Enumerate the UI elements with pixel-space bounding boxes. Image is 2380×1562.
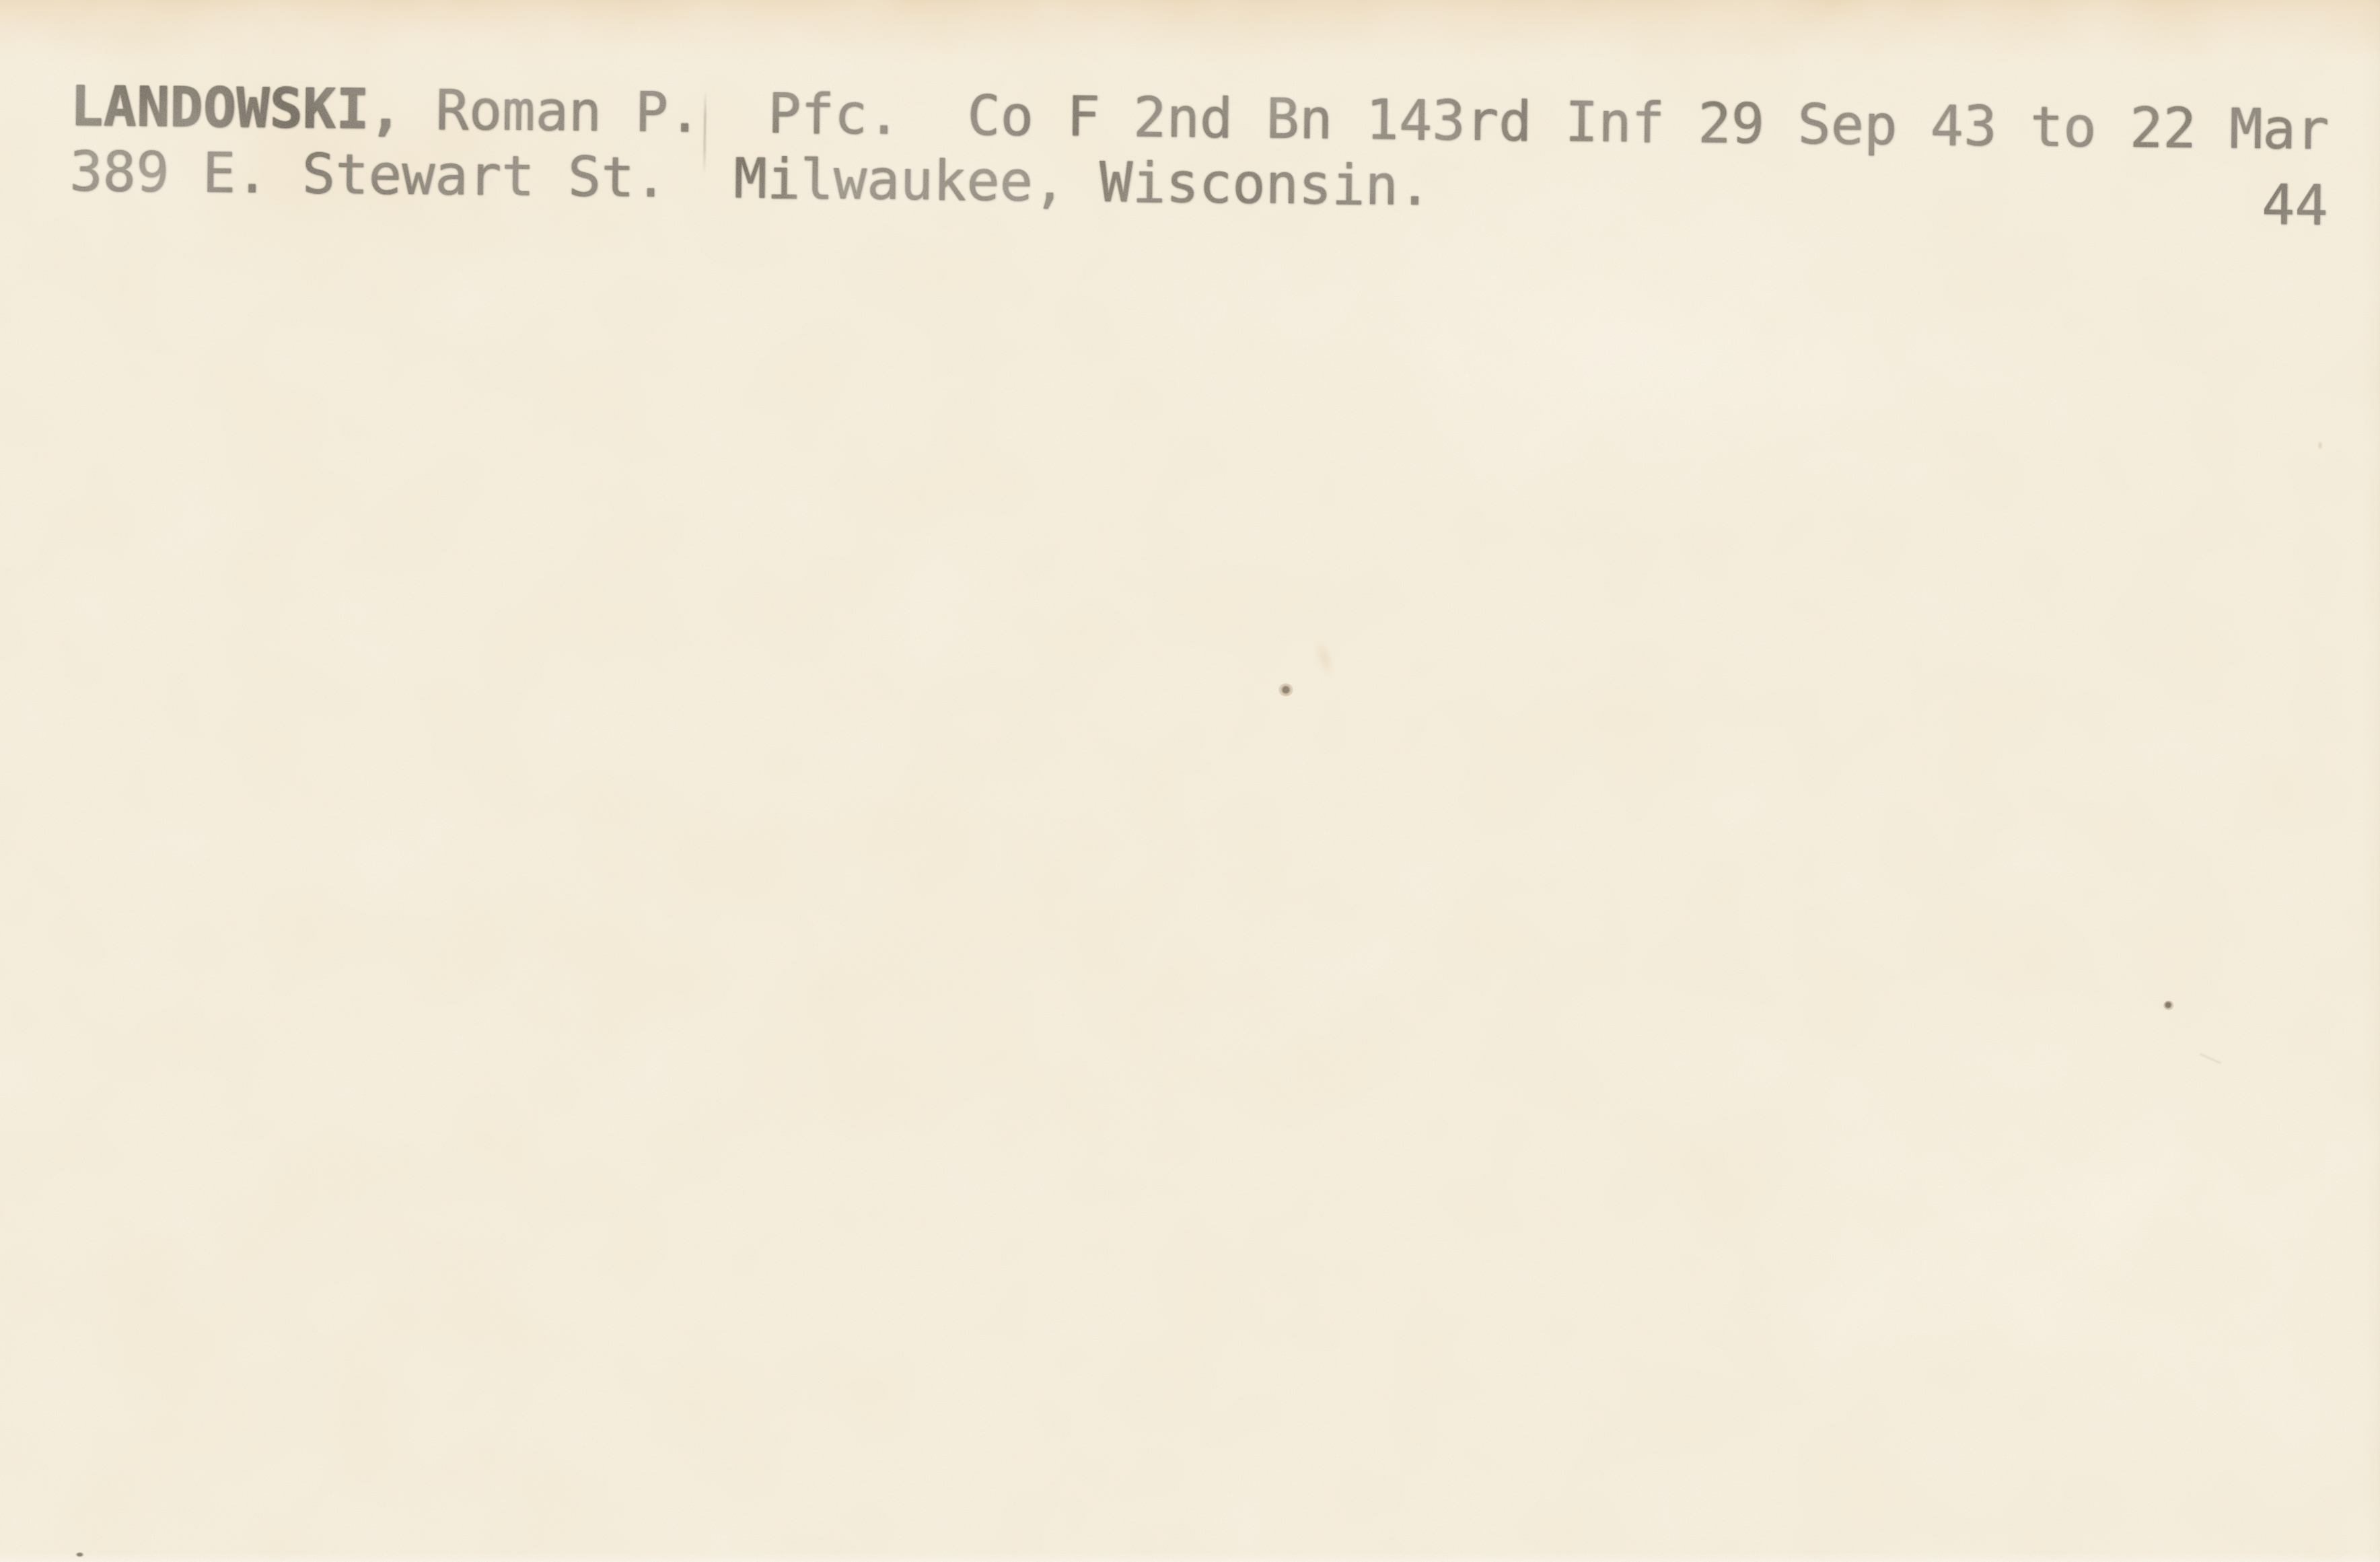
faint-scratch-right <box>2200 1053 2221 1064</box>
wrapped-year-text: 44 <box>2262 172 2329 238</box>
typed-text-block: LANDOWSKI, Roman P. Pfc. Co F 2nd Bn 143… <box>69 74 2380 229</box>
paper-speck-bottom-left <box>75 1552 84 1557</box>
typed-line-1: LANDOWSKI, Roman P. Pfc. Co F 2nd Bn 143… <box>70 74 2380 164</box>
paper-speck-right <box>2163 1001 2174 1010</box>
paper-fleck-right <box>2317 441 2323 450</box>
scanned-index-card: LANDOWSKI, Roman P. Pfc. Co F 2nd Bn 143… <box>0 0 2380 1562</box>
typed-line-2-address: 389 E. Stewart St. Milwaukee, Wisconsin. <box>69 139 2380 229</box>
paper-grain-texture <box>0 0 2380 1562</box>
surname-text: LANDOWSKI, <box>70 75 403 142</box>
faint-smudge <box>1309 635 1339 682</box>
paper-speck-center <box>1278 683 1293 697</box>
vertical-scratch-mark <box>703 93 707 172</box>
service-record-text: Roman P. Pfc. Co F 2nd Bn 143rd Inf 29 S… <box>402 78 2330 162</box>
